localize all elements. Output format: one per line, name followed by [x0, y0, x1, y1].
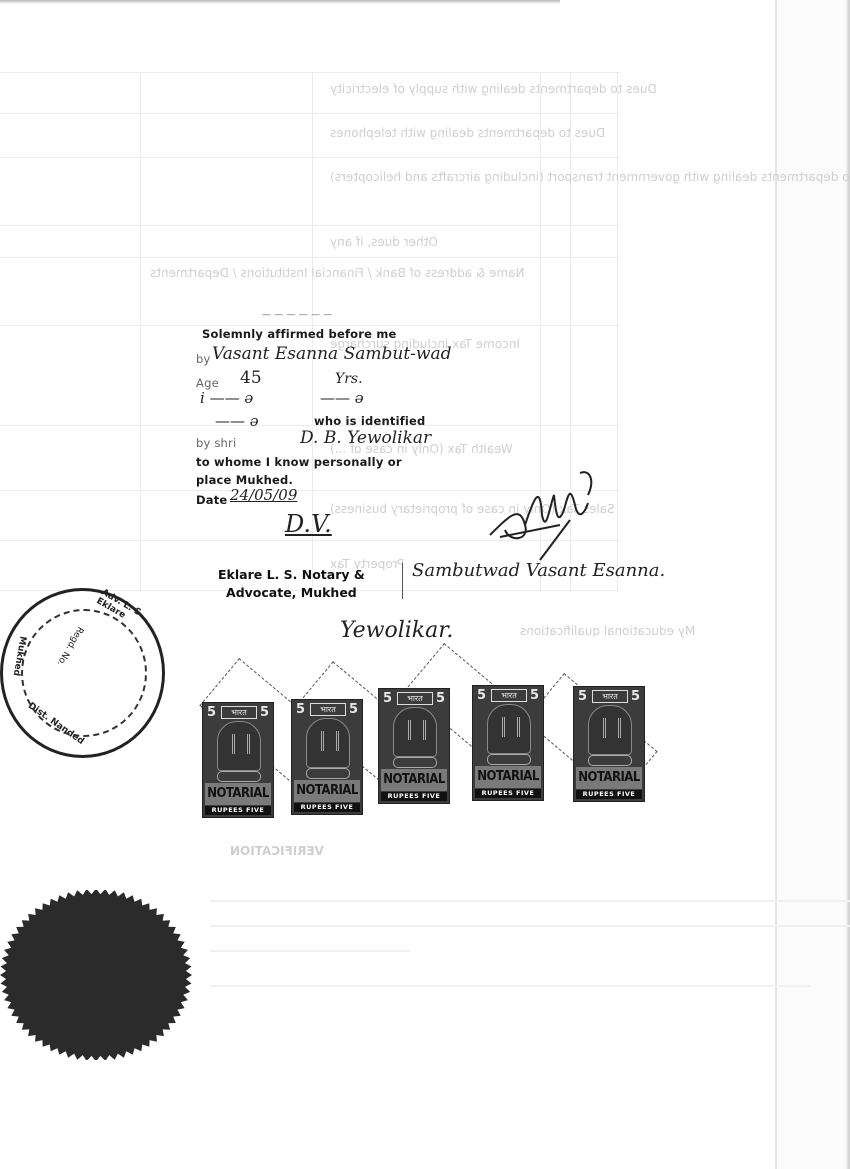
- notarial-stamp: 55 भारत NOTARIAL RUPEES FIVE: [573, 686, 645, 802]
- struck-line: i —— ə —— ə: [200, 389, 364, 407]
- ghost-row: Dues to departments dealing with telepho…: [330, 124, 605, 142]
- date-value: 24/05/09: [230, 486, 297, 504]
- affirmed-header: Solemnly affirmed before me: [202, 327, 397, 341]
- notarial-stamp: 55 भारत NOTARIAL RUPEES FIVE: [291, 699, 363, 815]
- known-text: to whome I know personally or: [196, 455, 402, 469]
- ghost-heading: VERIFICATION: [230, 842, 324, 860]
- divider: [402, 563, 403, 599]
- ghost-row: Dues to departments dealing with governm…: [330, 168, 850, 186]
- notarial-stamp: 55 भारत NOTARIAL RUPEES FIVE: [378, 688, 450, 804]
- age-value: 45: [240, 368, 262, 388]
- ashoka-emblem-icon: [393, 707, 437, 757]
- ghost-row: Name & address of Bank / Financial Insti…: [150, 264, 524, 282]
- ghost-row: Other dues, if any: [330, 233, 438, 251]
- deponent-signature-mark: [480, 465, 600, 565]
- deponent-name-handwritten: Vasant Esanna Sambut-wad: [212, 344, 451, 364]
- identified-by-prefix: by shri: [196, 436, 236, 450]
- notary-round-seal: Adv. L. S. Eklare Mukhed Dist. Nanded Re…: [0, 588, 165, 758]
- ashoka-emblem-icon: [588, 705, 632, 755]
- identifier-handwritten: D. B. Yewolikar: [300, 428, 431, 448]
- notary-initials: D.V.: [285, 510, 332, 538]
- notary-name-line1: Eklare L. S. Notary &: [218, 566, 365, 584]
- ghost-row: My educational qualifications: [520, 622, 695, 640]
- notarial-stamp: 55 भारत NOTARIAL RUPEES FIVE: [202, 702, 274, 818]
- notarial-stamp: 55 भारत NOTARIAL RUPEES FIVE: [472, 685, 544, 801]
- notary-name-line2: Advocate, Mukhed: [218, 584, 365, 602]
- witness-signature: Yewolikar.: [340, 618, 453, 643]
- identified-label: who is identified: [314, 414, 425, 428]
- place-text: place Mukhed.: [196, 473, 293, 487]
- scanned-page: Dues to departments dealing with supply …: [0, 0, 850, 1169]
- ashoka-emblem-icon: [217, 721, 261, 771]
- notary-name-stamp: Eklare L. S. Notary & Advocate, Mukhed: [218, 566, 365, 602]
- ashoka-emblem-icon: [487, 704, 531, 754]
- date-label: Date: [196, 493, 227, 507]
- scan-shadow: [0, 0, 560, 4]
- embossed-seal-icon: [0, 890, 192, 1060]
- struck-line: —— ə: [215, 412, 259, 430]
- ashoka-emblem-icon: [306, 718, 350, 768]
- ghost-row: Dues to departments dealing with supply …: [330, 80, 657, 98]
- age-unit: Yrs.: [335, 371, 363, 387]
- age-label: Age: [196, 376, 219, 390]
- deponent-signature: Sambutwad Vasant Esanna.: [412, 560, 665, 581]
- by-label: by: [196, 352, 211, 366]
